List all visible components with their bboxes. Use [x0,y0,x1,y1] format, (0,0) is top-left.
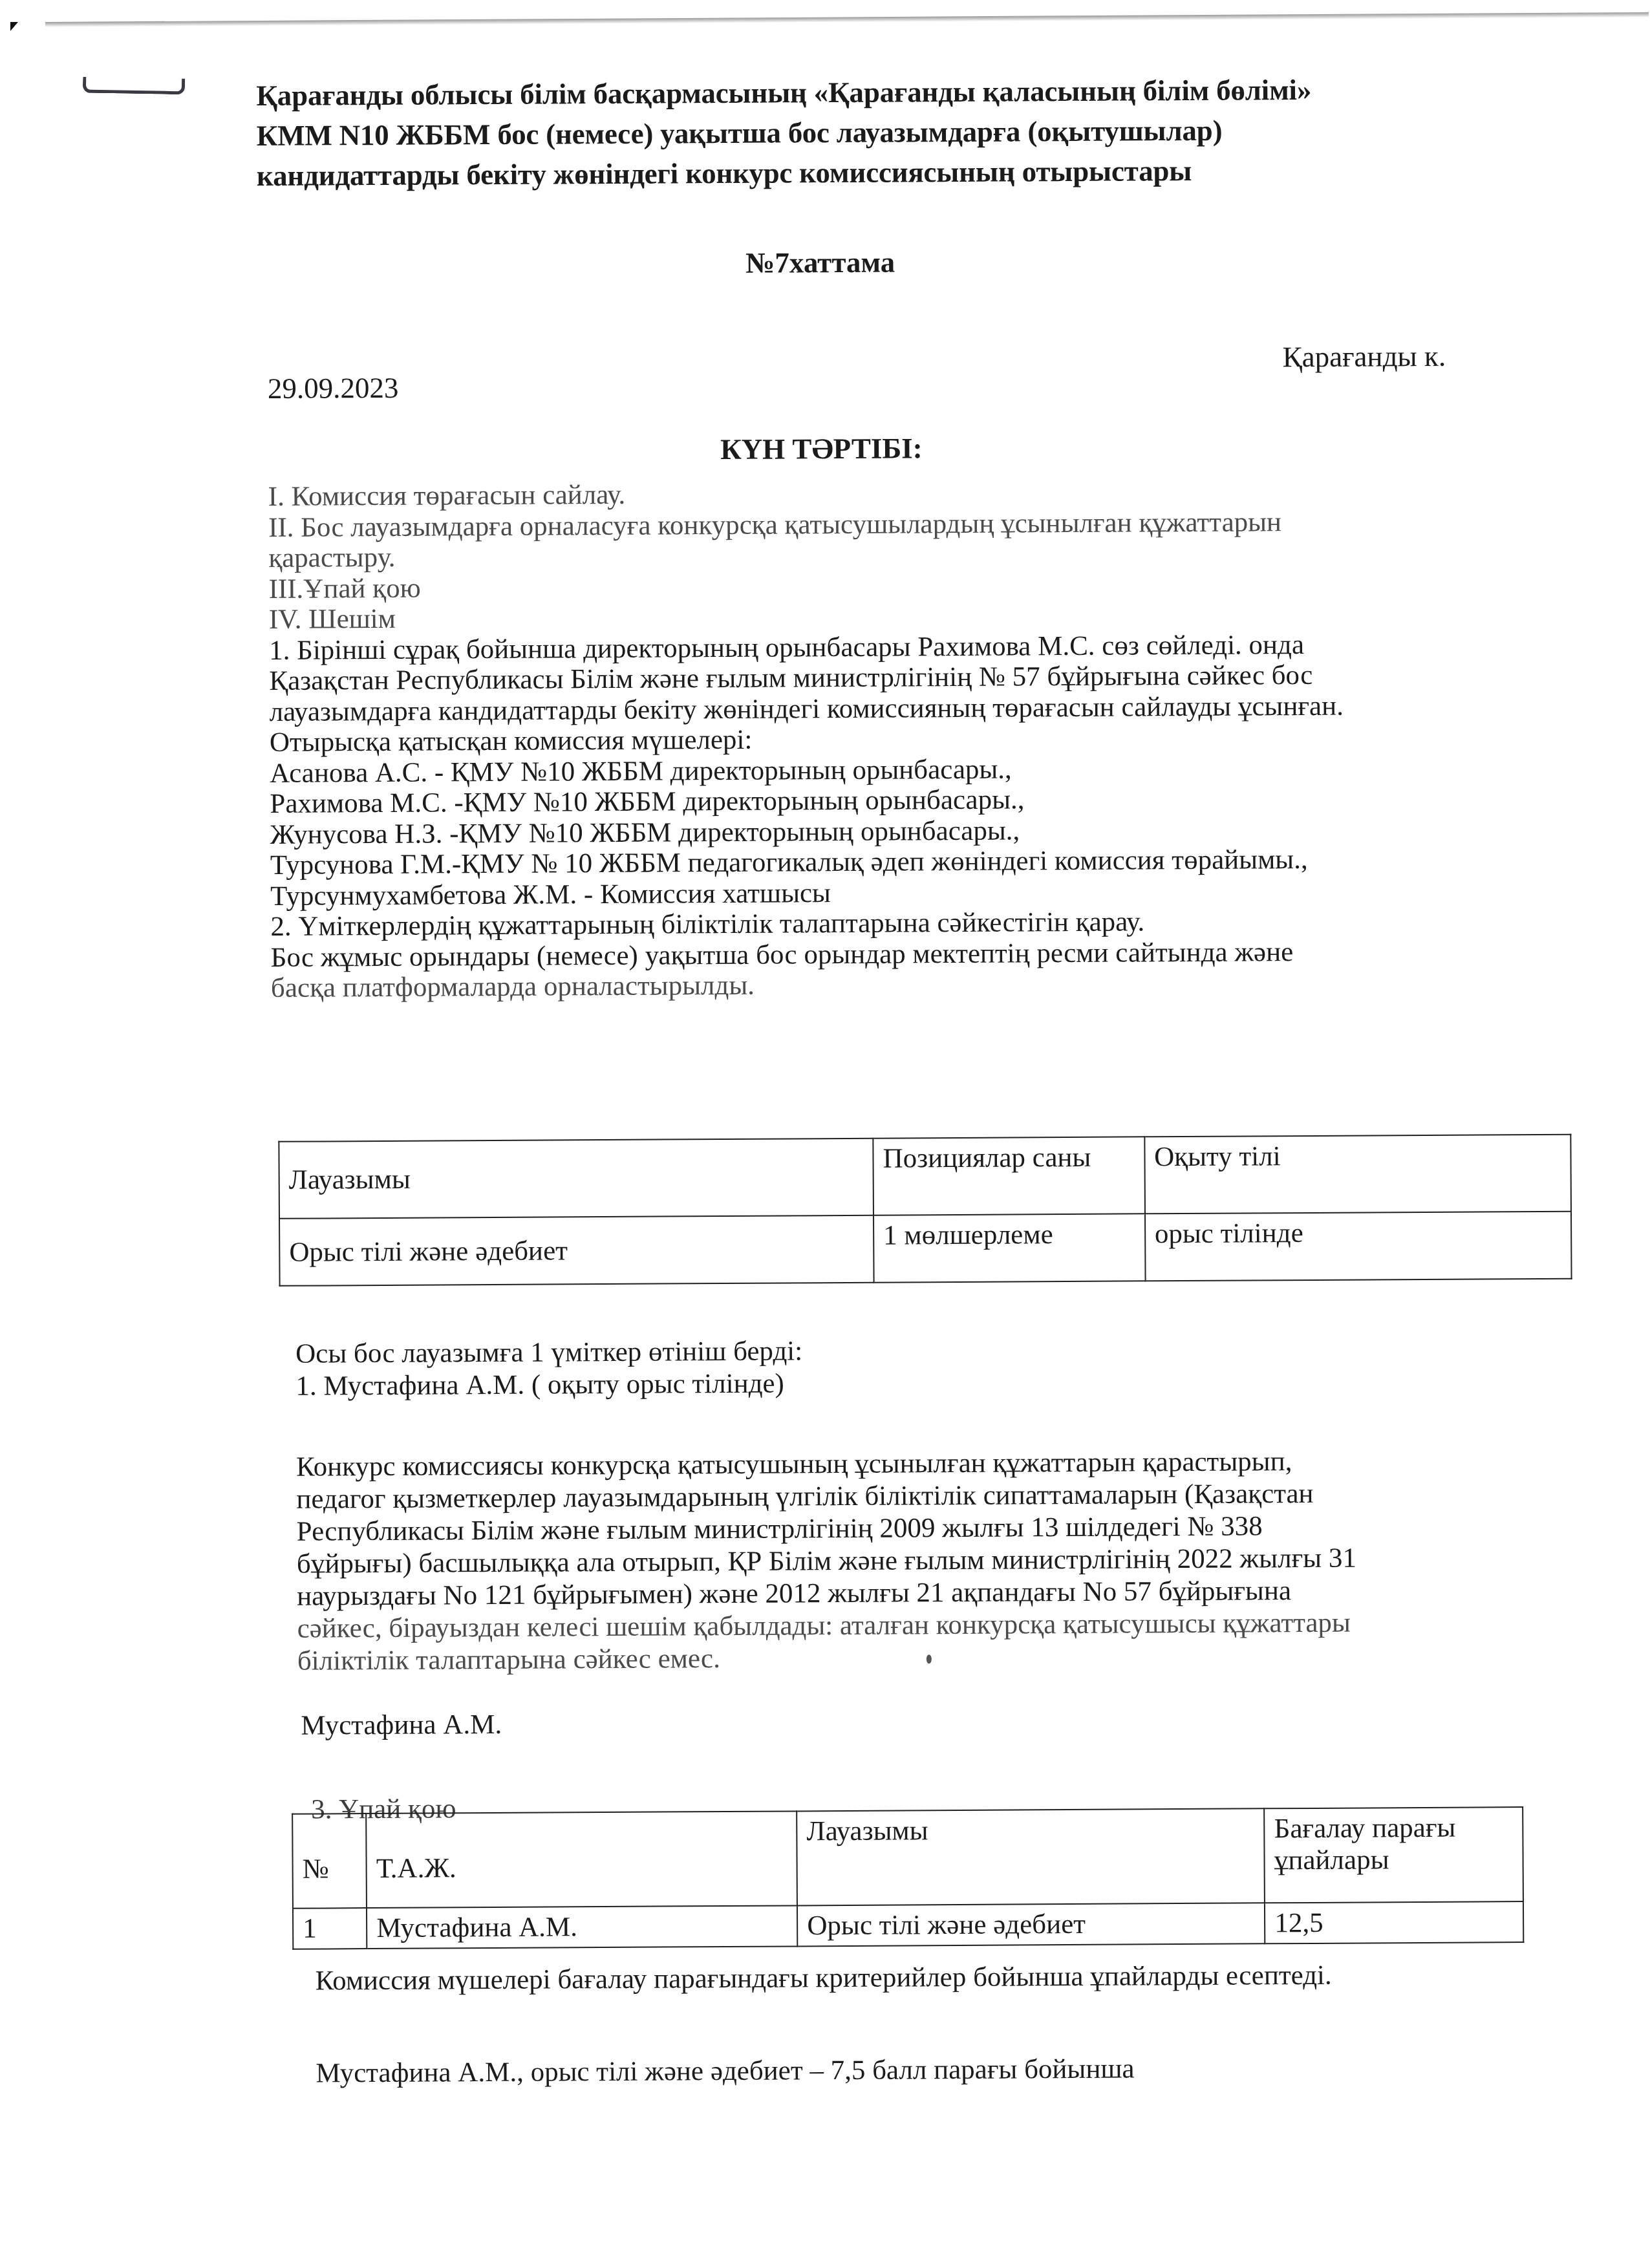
table-cell: Орыс тілі және әдебиет [797,1903,1265,1946]
agenda-title: КҮН ТӘРТІБІ: [0,427,1647,470]
table-header-cell: Позициялар саны [873,1137,1144,1215]
decision-candidate-name: Мустафина А.М. [301,1709,502,1742]
table-header-row: № Т.А.Ж. Лауазымы Бағалау парағы ұпайлар… [292,1807,1523,1909]
section2-line: басқа платформаларда орналастырылды. [271,966,1538,1003]
protocol-number: №7хаттама [0,241,1645,284]
applicants-intro: Осы бос лауазымға 1 үміткер өтініш берді… [295,1335,802,1370]
scoring-table: № Т.А.Ж. Лауазымы Бағалау парағы ұпайлар… [292,1806,1524,1950]
summary-line: Комиссия мүшелері бағалау парағындағы кр… [315,1960,1331,1997]
table-header-row: Лауазымы Позициялар саны Оқыту тілі [279,1135,1571,1219]
table-cell: Орыс тілі және әдебиет [279,1215,874,1286]
table-cell: Мустафина А.М. [367,1905,797,1949]
decision-paragraph: Конкурс комиссиясы конкурсқа қатысушының… [296,1444,1565,1678]
table-cell: 12,5 [1265,1901,1523,1943]
summary-line: Мустафина А.М., орыс тілі және әдебиет –… [316,2053,1134,2089]
table-header-cell: Т.А.Ж. [366,1811,797,1908]
table-header-cell: Лауазымы [797,1808,1265,1905]
table-header-cell: Бағалау парағы ұпайлары [1264,1807,1523,1903]
table-cell: 1 мөлшерлеме [873,1214,1145,1282]
vacancy-table: Лауазымы Позициялар саны Оқыту тілі Орыс… [278,1134,1572,1287]
protocol-date: 29.09.2023 [268,371,399,405]
table-row: 1 Мустафина А.М. Орыс тілі және әдебиет … [293,1901,1523,1949]
heading-line: Қарағанды облысы білім басқармасының «Қа… [256,69,1484,116]
table-header-cell: Оқыту тілі [1144,1135,1571,1214]
table-cell: орыс тілінде [1145,1212,1572,1281]
applicants-block: Осы бос лауазымға 1 үміткер өтініш берді… [295,1335,803,1402]
body-text: I. Комиссия төрағасын сайлау. II. Бос ла… [268,475,1538,1003]
applicant-item: 1. Мустафина А.М. ( оқыту орыс тілінде) [295,1367,802,1402]
heading-line: КММ N10 ЖББМ бос (немесе) уақытша бос ла… [256,109,1484,156]
table-cell: 1 [293,1908,367,1949]
table-header-cell: Лауазымы [279,1139,873,1219]
document-heading: Қарағанды облысы білім басқармасының «Қа… [256,69,1485,196]
heading-line: кандидаттарды бекіту жөніндегі конкурс к… [257,149,1485,196]
table-header-cell: № [292,1813,367,1909]
table-row: Орыс тілі және әдебиет 1 мөлшерлеме орыс… [279,1212,1572,1286]
protocol-place: Қарағанды к. [1282,339,1446,374]
ink-speck [927,1654,932,1664]
document-page: Қарағанды облысы білім басқармасының «Қа… [0,0,1650,2268]
